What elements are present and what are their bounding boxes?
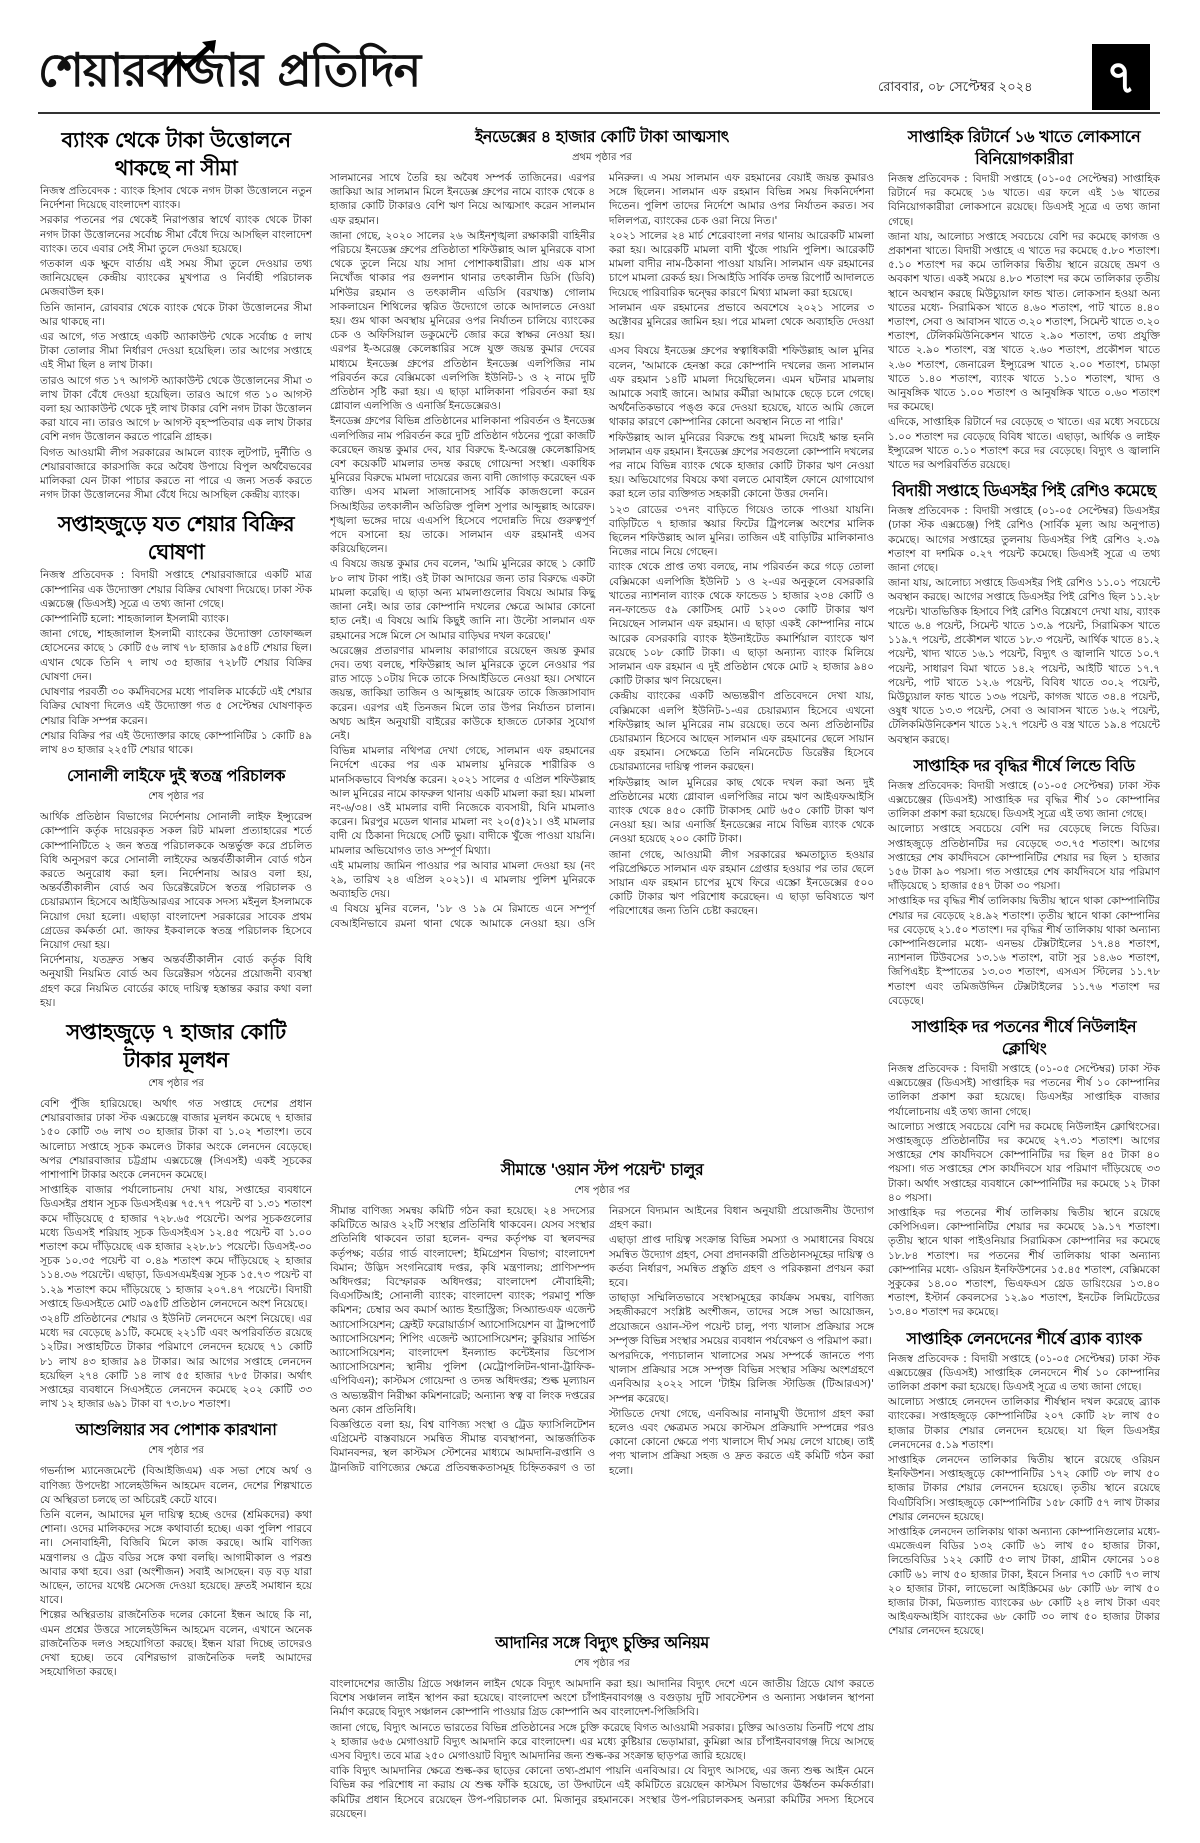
- continued-from: শেষ পৃষ্ঠার পর: [40, 1076, 312, 1093]
- article-bank-withdrawal-limit: ব্যাংক থেকে টাকা উত্তোলনে থাকছে না সীমা …: [40, 126, 312, 502]
- paragraph: সালমানের সাথে তৈরি হয় অবৈধ সম্পর্ক তাজি…: [330, 171, 595, 228]
- paragraph: ১২৩ রোডের ৩৭নং বাড়িতে গিয়েও তাকে পাওয়…: [609, 503, 874, 560]
- paragraph: ইনডেক্স গ্রুপের বিভিন্ন প্রতিষ্ঠানের মাল…: [330, 414, 595, 556]
- article-weekly-return-sectors: সাপ্তাহিক রিটার্নে ১৬ খাতে লোকসানে বিনিয…: [888, 126, 1160, 472]
- paragraph: অপরদিকে, পণ্যচালান খালাসের সময় সম্পর্কে…: [609, 1349, 874, 1406]
- headline: সপ্তাহজুড়ে ৭ হাজার কোটি টাকার মূলধন: [40, 1018, 312, 1074]
- article-body: সীমান্ত বাণিজ্য সমন্বয় কমিটি গঠন করা হয…: [330, 1204, 874, 1624]
- paragraph: স্টাডিতে দেখা গেছে, এনবিআর নানামুখী উদ্য…: [609, 1407, 874, 1478]
- paragraph: সাপ্তাহিক দর পতনের শীর্ষ তালিকায় দ্বিতী…: [888, 1206, 1160, 1320]
- publication-date: রোববার, ০৮ সেপ্টেম্বর ২০২৪: [878, 78, 1033, 99]
- center-column: ইনডেক্সের ৪ হাজার কোটি টাকা আত্মসাৎ প্রথ…: [330, 118, 874, 1822]
- paragraph: এছাড়া প্রাপ্ত দায়িত্ব সংক্রান্ত বিভিন্…: [609, 1233, 874, 1290]
- headline: ব্যাংক থেকে টাকা উত্তোলনে থাকছে না সীমা: [40, 126, 312, 182]
- masthead-rule: [38, 112, 1160, 114]
- article-pe-ratio: বিদায়ী সপ্তাহে ডিএসইর পিই রেশিও কমেছে ন…: [888, 480, 1160, 746]
- masthead: শেয়ারবাজার প্রতিদিন রোববার, ০৮ সেপ্টেম্…: [0, 0, 1200, 112]
- paragraph: নিজস্ব প্রতিবেদক : বিদায়ী সপ্তাহে (০১-০…: [888, 1062, 1160, 1119]
- paragraph: কেন্দ্রীয় ব্যাংকের একটি অভ্যন্তরীণ প্রত…: [609, 689, 874, 774]
- trend-arrow-icon: [160, 40, 220, 80]
- headline: বিদায়ী সপ্তাহে ডিএসইর পিই রেশিও কমেছে: [888, 480, 1160, 502]
- paragraph: সাপ্তাহিক বাজার পর্যালোচনায় দেখা যায়, …: [40, 1183, 312, 1311]
- paragraph: তিনি জানান, রোববার থেকে ব্যাংক থেকে টাকা…: [40, 301, 312, 329]
- paragraph: জানা যায়, আলোচ্য সপ্তাহে ডিএসইর পিই রেশ…: [888, 576, 1160, 746]
- article-sonali-life-directors: সোনালী লাইফে দুই স্বতন্ত্র পরিচালক শেষ প…: [40, 765, 312, 1010]
- paragraph: বিগত আওয়ামী লীগ সরকারের আমলে ব্যাংক লুট…: [40, 446, 312, 503]
- paragraph: বাকি বিদ্যুৎ আমদানির ক্ষেত্রে শুল্ক-কর ছ…: [330, 1764, 874, 1821]
- headline: আদানির সঙ্গে বিদ্যুৎ চুক্তির অনিয়ম: [330, 1632, 874, 1654]
- paragraph: বিভিন্ন মামলার নথিপত্র দেখা গেছে, সালমান…: [330, 744, 595, 858]
- paragraph: আর্থিক প্রতিষ্ঠান বিভাগের নির্দেশনায় সো…: [40, 810, 312, 952]
- headline: সপ্তাহজুড়ে যত শেয়ার বিক্রির ঘোষণা: [40, 510, 312, 566]
- paragraph: বেশি পুঁজি হারিয়েছে। অর্থাৎ গত সপ্তাহে …: [40, 1097, 312, 1182]
- paragraph: শেয়ার বিক্রির পর এই উদ্যোক্তার কাছে কোম…: [40, 729, 312, 757]
- continued-from: শেষ পৃষ্ঠার পর: [330, 1183, 874, 1200]
- article-share-sale-declaration: সপ্তাহজুড়ে যত শেয়ার বিক্রির ঘোষণা নিজস…: [40, 510, 312, 757]
- article-top-loser: সাপ্তাহিক দর পতনের শীর্ষে নিউলাইন ক্লোথি…: [888, 1016, 1160, 1320]
- paragraph: এ বিষয়ে জয়ন্ত কুমার দেব বলেন, 'আমি মুন…: [330, 557, 595, 642]
- paragraph: জানা গেছে, বিদ্যুৎ আনতে ভারতের বিভিন্ন প…: [330, 1721, 874, 1764]
- headline: সাপ্তাহিক দর পতনের শীর্ষে নিউলাইন ক্লোথি…: [888, 1016, 1160, 1060]
- paragraph: সাপ্তাহিক লেনদেন তালিকার দ্বিতীয় স্থানে…: [888, 1453, 1160, 1524]
- paragraph: জানা যায়, আলোচ্য সপ্তাহে সবচেয়ে বেশি দ…: [888, 230, 1160, 415]
- continued-from: প্রথম পৃষ্ঠার পর: [330, 150, 874, 167]
- paragraph: এর আগে, গত সপ্তাহে একটি অ্যাকাউন্ট থেকে …: [40, 330, 312, 373]
- paragraph: ঘোষণার পরবর্তী ৩০ কর্মদিবসের মধ্যে পাবলি…: [40, 685, 312, 728]
- paragraph: ব্যাংক থেকে প্রাপ্ত তথ্য বলছে, নাম পরিবর…: [609, 560, 874, 688]
- paragraph: এদিকে, সাপ্তাহিক রিটার্নে দর বেড়েছে ৩ খ…: [888, 415, 1160, 472]
- paragraph: অরেঞ্জের প্রতারণার মামলায় কারাগারে রয়ে…: [330, 644, 595, 743]
- paragraph: নিজস্ব প্রতিবেদক : বিদায়ী সপ্তাহে (০১-০…: [888, 1352, 1160, 1395]
- paragraph: আলোচ্য সপ্তাহে সবচেয়ে বেশি দর বেড়েছে ল…: [888, 822, 1160, 893]
- continued-from: শেষ পৃষ্ঠার পর: [40, 789, 312, 806]
- paragraph: জানা গেছে, আওয়ামী লীগ সরকারের ক্ষমতাচ্য…: [609, 848, 874, 919]
- paragraph: নিজস্ব প্রতিবেদক : বিদায়ী সপ্তাহে শেয়া…: [40, 568, 312, 611]
- article-adani-power-deal: আদানির সঙ্গে বিদ্যুৎ চুক্তির অনিয়ম শেষ …: [330, 1632, 874, 1821]
- article-border-one-stop-point: সীমান্তে 'ওয়ান স্টপ পয়েন্ট' চালুর শেষ …: [330, 1159, 874, 1624]
- paragraph: বাংলাদেশের জাতীয় গ্রিডে সঞ্চালন লাইন থে…: [330, 1677, 874, 1720]
- article-ashulia-garments: আশুলিয়ার সব পোশাক কারখানা শেষ পৃষ্ঠার প…: [40, 1419, 312, 1679]
- article-market-capital: সপ্তাহজুড়ে ৭ হাজার কোটি টাকার মূলধন শেষ…: [40, 1018, 312, 1411]
- paragraph: তারও আগে গত ১৭ আগস্ট অ্যাকাউন্ট থেকে উত্…: [40, 374, 312, 445]
- paragraph: এসব বিষয়ে ইনডেক্স গ্রুপের স্বত্বাধিকারী…: [609, 344, 874, 429]
- paragraph: সরকার পতনের পর থেকেই নিরাপত্তার স্বার্থে…: [40, 213, 312, 256]
- paragraph: নিজস্ব প্রতিবেদক: বিদায়ী সপ্তাহে (০১-০৫…: [888, 779, 1160, 822]
- continued-from: শেষ পৃষ্ঠার পর: [40, 1443, 312, 1460]
- paragraph: জানা গেছে, শাহজালাল ইসলামী ব্যাংকের উদ্য…: [40, 627, 312, 684]
- right-column: সাপ্তাহিক রিটার্নে ১৬ খাতে লোকসানে বিনিয…: [888, 118, 1160, 1640]
- paragraph: এই মামলায় জামিন পাওয়ার পর আবার মামলা দ…: [330, 859, 595, 902]
- headline: ইনডেক্সের ৪ হাজার কোটি টাকা আত্মসাৎ: [330, 126, 874, 148]
- paragraph: সালমান এফ রহমানের প্রভাবে অবশেষে ২০২১ সা…: [609, 301, 874, 344]
- paragraph: সীমান্ত বাণিজ্য সমন্বয় কমিটি গঠন করা হয…: [330, 1204, 595, 1417]
- paragraph: তিনি বলেন, আমাদের মূল দায়িত্ব হচ্ছে ওদে…: [40, 1508, 312, 1607]
- paragraph: কোম্পানিটি হলো: শাহজালাল ইসলামী ব্যাংক।: [40, 612, 312, 626]
- paragraph: গভর্ন্যান্স ম্যানেজমেন্টে (বিআইজিএম) এক …: [40, 1464, 312, 1507]
- paragraph: শফিউল্লাহ আল মুনিরের বিরুদ্ধে শুধু মামলা…: [609, 431, 874, 502]
- paragraph: শফিউল্লাহ আল মুনিরের কাছ থেকে দখল করা অন…: [609, 776, 874, 847]
- page-number: ৭: [1092, 44, 1150, 110]
- paragraph: ২০২১ সালের ২৪ মার্চ শেরেবাংলা নগর থানায়…: [609, 229, 874, 300]
- paragraph: শিল্পের অস্থিরতায় রাজনৈতিক দলের কোনো ইন…: [40, 1608, 312, 1679]
- headline: সীমান্তে 'ওয়ান স্টপ পয়েন্ট' চালুর: [330, 1159, 874, 1181]
- headline: সোনালী লাইফে দুই স্বতন্ত্র পরিচালক: [40, 765, 312, 787]
- left-column: ব্যাংক থেকে টাকা উত্তোলনে থাকছে না সীমা …: [40, 118, 312, 1680]
- paragraph: নির্দেশনায়, যতদ্রুত সম্ভব অন্তর্বর্তীকা…: [40, 953, 312, 1010]
- paragraph: তাছাড়া সম্মিলিতভাবে সংস্থাসমূহের কার্যক…: [609, 1291, 874, 1348]
- paragraph: ৩২৪টি প্রতিষ্ঠানের শেয়ার ও ইউনিট লেনদেন…: [40, 1312, 312, 1411]
- paragraph: জানা গেছে, ২০২০ সালের ২৬ আইনশৃঙ্খলা রক্ষ…: [330, 229, 595, 414]
- paragraph: আলোচ্য সপ্তাহে লেনদেন তালিকার শীর্ষস্থান…: [888, 1395, 1160, 1452]
- newspaper-logo: শেয়ারবাজার প্রতিদিন: [38, 40, 420, 100]
- article-top-gainer: সাপ্তাহিক দর বৃদ্ধির শীর্ষে লিন্ডে বিডি …: [888, 755, 1160, 1008]
- paragraph: আলোচ্য সপ্তাহে সবচেয়ে বেশি দর কমেছে নিউ…: [888, 1120, 1160, 1205]
- paragraph: নিজস্ব প্রতিবেদক : বিদায়ী সপ্তাহে (০১-০…: [888, 172, 1160, 229]
- headline: সাপ্তাহিক রিটার্নে ১৬ খাতে লোকসানে বিনিয…: [888, 126, 1160, 170]
- article-body: সালমানের সাথে তৈরি হয় অবৈধ সম্পর্ক তাজি…: [330, 171, 874, 1151]
- headline: সাপ্তাহিক দর বৃদ্ধির শীর্ষে লিন্ডে বিডি: [888, 755, 1160, 777]
- paragraph: নিজস্ব প্রতিবেদক : ব্যাংক হিসাব থেকে নগদ…: [40, 184, 312, 212]
- paragraph: গতকাল এক ক্ষুদে বার্তায় এই সময় সীমা তু…: [40, 257, 312, 300]
- paragraph: সাপ্তাহিক লেনদেন তালিকায় থাকা অন্যান্য …: [888, 1525, 1160, 1639]
- headline: সাপ্তাহিক লেনদেনের শীর্ষে ব্র্যাক ব্যাংক: [888, 1328, 1160, 1350]
- article-top-turnover: সাপ্তাহিক লেনদেনের শীর্ষে ব্র্যাক ব্যাংক…: [888, 1328, 1160, 1639]
- headline: আশুলিয়ার সব পোশাক কারখানা: [40, 1419, 312, 1441]
- article-index-embezzlement: ইনডেক্সের ৪ হাজার কোটি টাকা আত্মসাৎ প্রথ…: [330, 126, 874, 1151]
- continued-from: শেষ পৃষ্ঠার পর: [330, 1656, 874, 1673]
- paragraph: সাপ্তাহিক দর বৃদ্ধির শীর্ষ তালিকায় দ্বি…: [888, 894, 1160, 1008]
- paragraph: নিজস্ব প্রতিবেদক : বিদায়ী সপ্তাহে (০১-০…: [888, 504, 1160, 575]
